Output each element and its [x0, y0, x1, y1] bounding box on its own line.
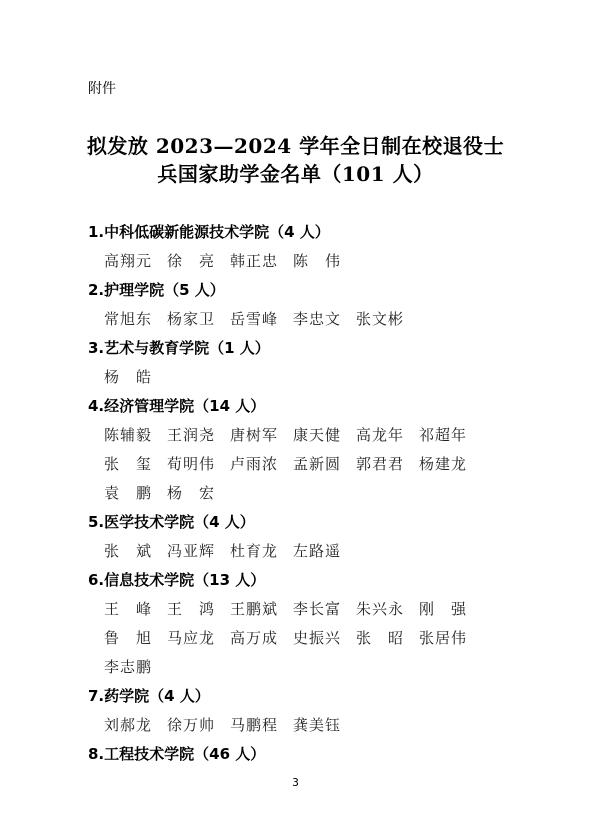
name-row: 王 峰王 鸿王鹏斌李长富朱兴永刚 强 — [88, 595, 508, 624]
student-name: 杨 宏 — [167, 479, 230, 508]
name-row: 高翔元徐 亮韩正忠陈 伟 — [88, 247, 508, 276]
student-name: 张 昭 — [356, 624, 419, 653]
student-name: 杨建龙 — [419, 450, 482, 479]
student-name: 李志鹏 — [104, 653, 167, 682]
name-row: 袁 鹏杨 宏 — [88, 479, 508, 508]
student-name: 龚美钰 — [293, 711, 356, 740]
student-name: 冯亚辉 — [167, 537, 230, 566]
student-name: 左路遥 — [293, 537, 356, 566]
student-name: 孟新圆 — [293, 450, 356, 479]
student-name: 朱兴永 — [356, 595, 419, 624]
student-name: 王 鸿 — [167, 595, 230, 624]
name-row: 李志鹏 — [88, 653, 508, 682]
student-name: 岳雪峰 — [230, 305, 293, 334]
student-name: 张居伟 — [419, 624, 482, 653]
section-heading: 2.护理学院（5 人） — [88, 276, 508, 305]
student-name: 韩正忠 — [230, 247, 293, 276]
name-row: 杨 皓 — [88, 363, 508, 392]
student-name: 史振兴 — [293, 624, 356, 653]
student-name: 刚 强 — [419, 595, 482, 624]
student-name: 高万成 — [230, 624, 293, 653]
student-name: 袁 鹏 — [104, 479, 167, 508]
student-name: 王 峰 — [104, 595, 167, 624]
student-name: 卢雨浓 — [230, 450, 293, 479]
student-name: 鲁 旭 — [104, 624, 167, 653]
student-name: 杜育龙 — [230, 537, 293, 566]
student-name: 马应龙 — [167, 624, 230, 653]
student-name: 陈 伟 — [293, 247, 356, 276]
document-title-line1: 拟发放 2023—2024 学年全日制在校退役士 — [0, 130, 591, 159]
attachment-label: 附件 — [88, 78, 116, 98]
student-name: 张 玺 — [104, 450, 167, 479]
student-name: 唐树军 — [230, 421, 293, 450]
name-row: 张 斌冯亚辉杜育龙左路遥 — [88, 537, 508, 566]
section-heading: 5.医学技术学院（4 人） — [88, 508, 508, 537]
document-title-line2: 兵国家助学金名单（101 人） — [0, 158, 591, 187]
student-name: 荀明伟 — [167, 450, 230, 479]
page-number: 3 — [0, 776, 591, 789]
name-row: 陈辅毅王润尧唐树军康天健高龙年祁超年 — [88, 421, 508, 450]
student-name: 徐万帅 — [167, 711, 230, 740]
student-name: 王鹏斌 — [230, 595, 293, 624]
student-name: 郭君君 — [356, 450, 419, 479]
student-name: 高龙年 — [356, 421, 419, 450]
student-name: 康天健 — [293, 421, 356, 450]
student-name: 张文彬 — [356, 305, 419, 334]
student-name: 常旭东 — [104, 305, 167, 334]
section-heading: 6.信息技术学院（13 人） — [88, 566, 508, 595]
section-heading: 4.经济管理学院（14 人） — [88, 392, 508, 421]
student-name: 徐 亮 — [167, 247, 230, 276]
section-heading: 7.药学院（4 人） — [88, 682, 508, 711]
student-name: 张 斌 — [104, 537, 167, 566]
name-row: 鲁 旭马应龙高万成史振兴张 昭张居伟 — [88, 624, 508, 653]
student-name: 王润尧 — [167, 421, 230, 450]
student-name: 杨家卫 — [167, 305, 230, 334]
name-row: 张 玺荀明伟卢雨浓孟新圆郭君君杨建龙 — [88, 450, 508, 479]
section-heading: 1.中科低碳新能源技术学院（4 人） — [88, 218, 508, 247]
section-heading: 8.工程技术学院（46 人） — [88, 740, 508, 769]
student-name: 李忠文 — [293, 305, 356, 334]
student-name: 杨 皓 — [104, 363, 167, 392]
student-name: 马鹏程 — [230, 711, 293, 740]
student-name: 陈辅毅 — [104, 421, 167, 450]
student-name: 刘郝龙 — [104, 711, 167, 740]
section-heading: 3.艺术与教育学院（1 人） — [88, 334, 508, 363]
name-row: 常旭东杨家卫岳雪峰李忠文张文彬 — [88, 305, 508, 334]
student-name: 李长富 — [293, 595, 356, 624]
name-row: 刘郝龙徐万帅马鹏程龚美钰 — [88, 711, 508, 740]
student-name: 高翔元 — [104, 247, 167, 276]
student-name: 祁超年 — [419, 421, 482, 450]
college-sections: 1.中科低碳新能源技术学院（4 人）高翔元徐 亮韩正忠陈 伟2.护理学院（5 人… — [88, 218, 508, 769]
